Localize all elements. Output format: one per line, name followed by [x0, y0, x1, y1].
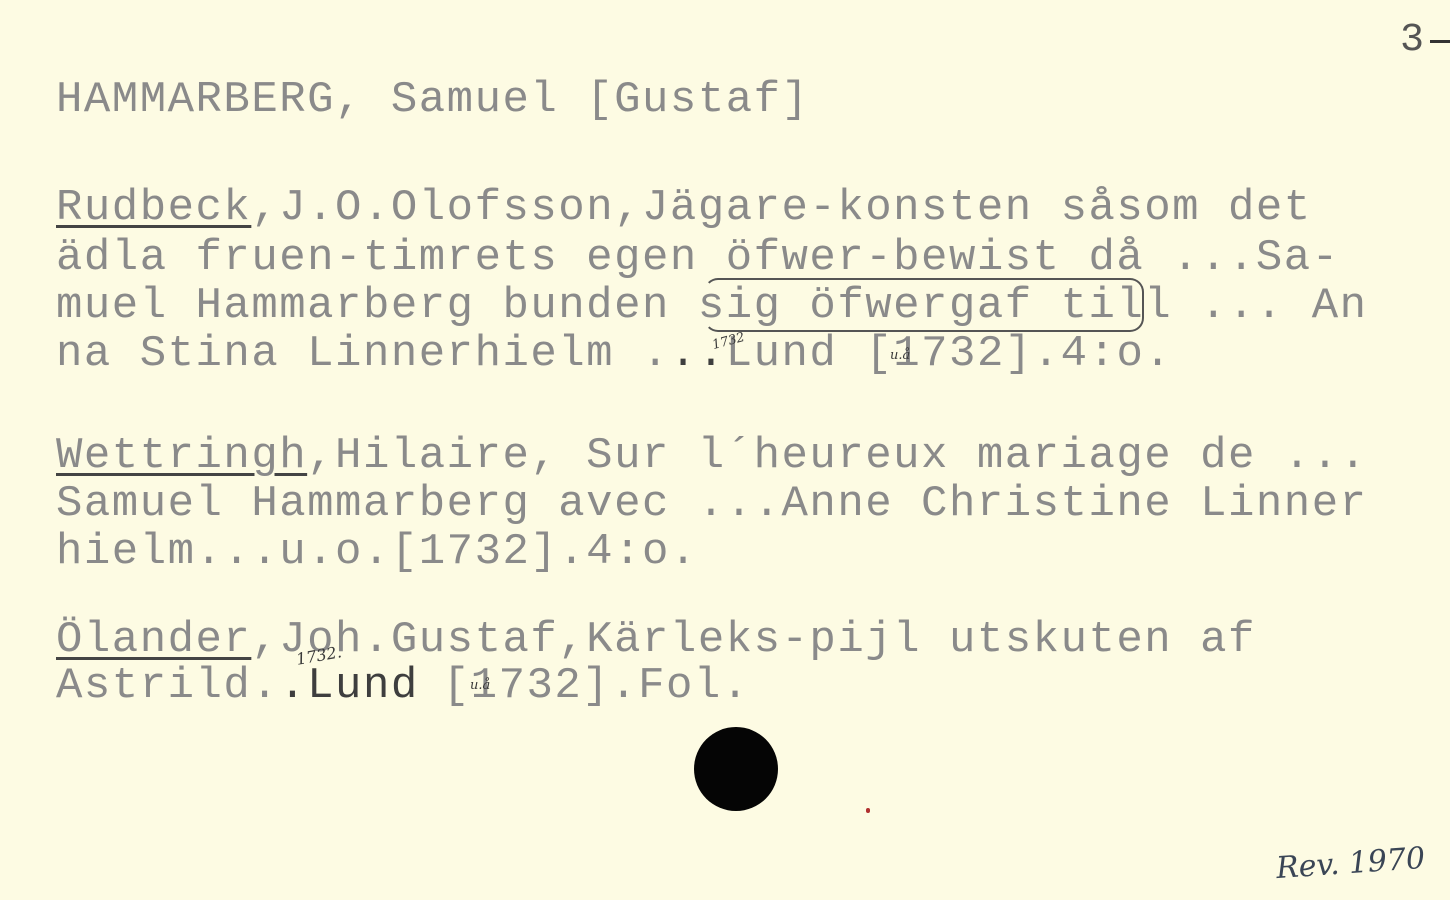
entry-line: na Stina Linnerhielm ...Lund[1732].4:o.	[56, 330, 1172, 378]
entry-line: Wettringh,Hilaire, Sur l´heureux mariage…	[56, 432, 1368, 480]
entry-line: ädla fruen-timrets egen öfwer-bewist då …	[56, 234, 1340, 282]
catalog-card: 3 HAMMARBERG, Samuel [Gustaf] Rudbeck,J.…	[0, 0, 1450, 900]
card-number: 3	[1400, 18, 1424, 63]
entry-line: Samuel Hammarberg avec ...Anne Christine…	[56, 480, 1368, 528]
handwritten-place-note: u.å	[470, 678, 490, 693]
card-heading: HAMMARBERG, Samuel [Gustaf]	[56, 76, 809, 124]
entry-line: Astrild..Lund[1732].Fol.	[56, 662, 750, 710]
heading-surname: HAMMARBERG,	[56, 75, 363, 125]
entry-author: Rudbeck	[56, 183, 251, 233]
handwritten-loop-mark	[704, 278, 1144, 332]
revision-note: Rev. 1970	[1275, 841, 1426, 886]
entry-line: hielm...u.o.[1732].4:o.	[56, 528, 698, 576]
handwritten-place-note: u.å	[890, 348, 910, 363]
heading-given-name: Samuel	[391, 75, 558, 125]
entry-text: ,Joh.Gustaf,Kärleks-pijl utskuten af	[251, 615, 1256, 665]
entry-author: Ölander	[56, 615, 251, 665]
ink-spot	[866, 808, 870, 813]
punch-hole	[694, 727, 778, 811]
entry-text: ,J.O.Olofsson,Jägare-konsten såsom det	[251, 183, 1311, 233]
entry-line: Ölander,Joh.Gustaf,Kärleks-pijl utskuten…	[56, 616, 1256, 664]
entry-text: ,Hilaire, Sur l´heureux mariage de ...	[307, 431, 1367, 481]
entry-author: Wettringh	[56, 431, 307, 481]
entry-line: Rudbeck,J.O.Olofsson,Jägare-konsten såso…	[56, 184, 1312, 232]
heading-bracketed-name: [Gustaf]	[586, 75, 809, 125]
